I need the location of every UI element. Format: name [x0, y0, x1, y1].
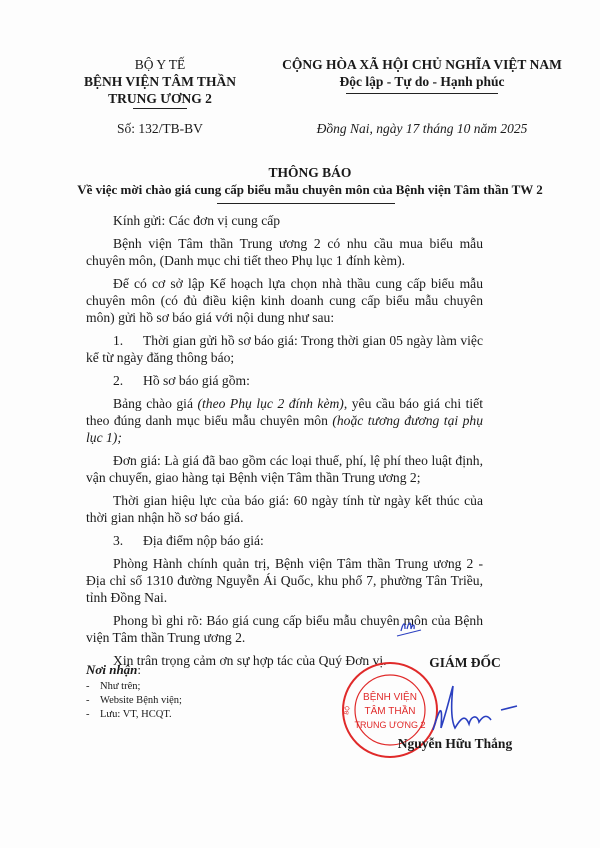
ministry-name: BỘ Y TẾ	[60, 56, 260, 73]
issuing-agency-block: BỘ Y TẾ BỆNH VIỆN TÂM THẦN TRUNG ƯƠNG 2	[60, 56, 260, 109]
document-number: Số: 132/TB-BV	[60, 121, 260, 137]
recipients-heading: Nơi nhận:	[86, 662, 256, 678]
item-2-text: Hồ sơ báo giá gồm:	[143, 373, 250, 388]
document-title: THÔNG BÁO	[60, 165, 560, 181]
header-right-divider	[346, 93, 498, 94]
intro-paragraph: Bệnh viện Tâm thần Trung ương 2 có nhu c…	[86, 235, 483, 269]
stamp-line1: BỆNH VIỆN	[363, 690, 417, 703]
address-paragraph: Phòng Hành chính quản trị, Bệnh viện Tâm…	[86, 555, 483, 606]
national-motto: Độc lập - Tự do - Hạnh phúc	[262, 73, 582, 90]
greeting: Kính gửi: Các đơn vị cung cấp	[86, 212, 483, 229]
stamp-line3: TRUNG ƯƠNG 2	[355, 720, 426, 730]
recipients-heading-text: Nơi nhận	[86, 662, 137, 677]
item-1: 1.Thời gian gửi hồ sơ báo giá: Trong thờ…	[86, 332, 483, 366]
item-2-number: 2.	[113, 372, 143, 389]
document-subtitle: Về việc mời chào giá cung cấp biểu mẫu c…	[60, 182, 560, 198]
recipient-item: -Lưu: VT, HCQT.	[86, 708, 256, 722]
place-and-date: Đồng Nai, ngày 17 tháng 10 năm 2025	[262, 121, 582, 137]
unit-price-paragraph: Đơn giá: Là giá đã bao gồm các loại thuế…	[86, 452, 483, 486]
item-1-text: Thời gian gửi hồ sơ báo giá: Trong thời …	[86, 333, 483, 365]
nation-name: CỘNG HÒA XÃ HỘI CHỦ NGHĨA VIỆT NAM	[262, 56, 582, 73]
item-3-number: 3.	[113, 532, 143, 549]
validity-paragraph: Thời gian hiệu lực của báo giá: 60 ngày …	[86, 492, 483, 526]
recipient-item: -Website Bệnh viện;	[86, 694, 256, 708]
stamp-ring-text: BỘ	[343, 705, 351, 715]
purpose-paragraph: Để có cơ sở lập Kế hoạch lựa chọn nhà th…	[86, 275, 483, 326]
national-header-block: CỘNG HÒA XÃ HỘI CHỦ NGHĨA VIỆT NAM Độc l…	[262, 56, 582, 94]
recipient-text: Như trên;	[100, 681, 140, 692]
recipients-heading-colon: :	[137, 662, 141, 677]
signatory-title: GIÁM ĐỐC	[395, 655, 535, 671]
initial-mark-icon	[395, 615, 425, 639]
item-3: 3.Địa điểm nộp báo giá:	[86, 532, 483, 549]
document-body: Kính gửi: Các đơn vị cung cấp Bệnh viện …	[86, 212, 483, 675]
quote-table-paragraph: Bảng chào giá (theo Phụ lục 2 đính kèm),…	[86, 395, 483, 446]
title-divider	[217, 203, 395, 204]
quote-text-appendix2: (theo Phụ lục 2 đính kèm)	[197, 396, 343, 411]
recipients-block: Nơi nhận: -Như trên; -Website Bệnh viện;…	[86, 662, 256, 722]
stamp-line2: TÂM THẦN	[365, 704, 416, 717]
organization-name-line2: TRUNG ƯƠNG 2	[60, 90, 260, 107]
signer-name: Nguyễn Hữu Thắng	[375, 736, 535, 752]
organization-name-line1: BỆNH VIỆN TÂM THẦN	[60, 73, 260, 90]
recipient-text: Lưu: VT, HCQT.	[100, 709, 172, 720]
recipients-list: -Như trên; -Website Bệnh viện; -Lưu: VT,…	[86, 680, 256, 722]
item-2: 2.Hồ sơ báo giá gồm:	[86, 372, 483, 389]
recipient-text: Website Bệnh viện;	[100, 695, 182, 706]
header-left-divider	[133, 108, 187, 109]
item-3-text: Địa điểm nộp báo giá:	[143, 533, 264, 548]
item-1-number: 1.	[113, 332, 143, 349]
handwritten-signature-icon	[425, 680, 535, 740]
quote-text-a: Bảng chào giá	[113, 396, 197, 411]
recipient-item: -Như trên;	[86, 680, 256, 694]
